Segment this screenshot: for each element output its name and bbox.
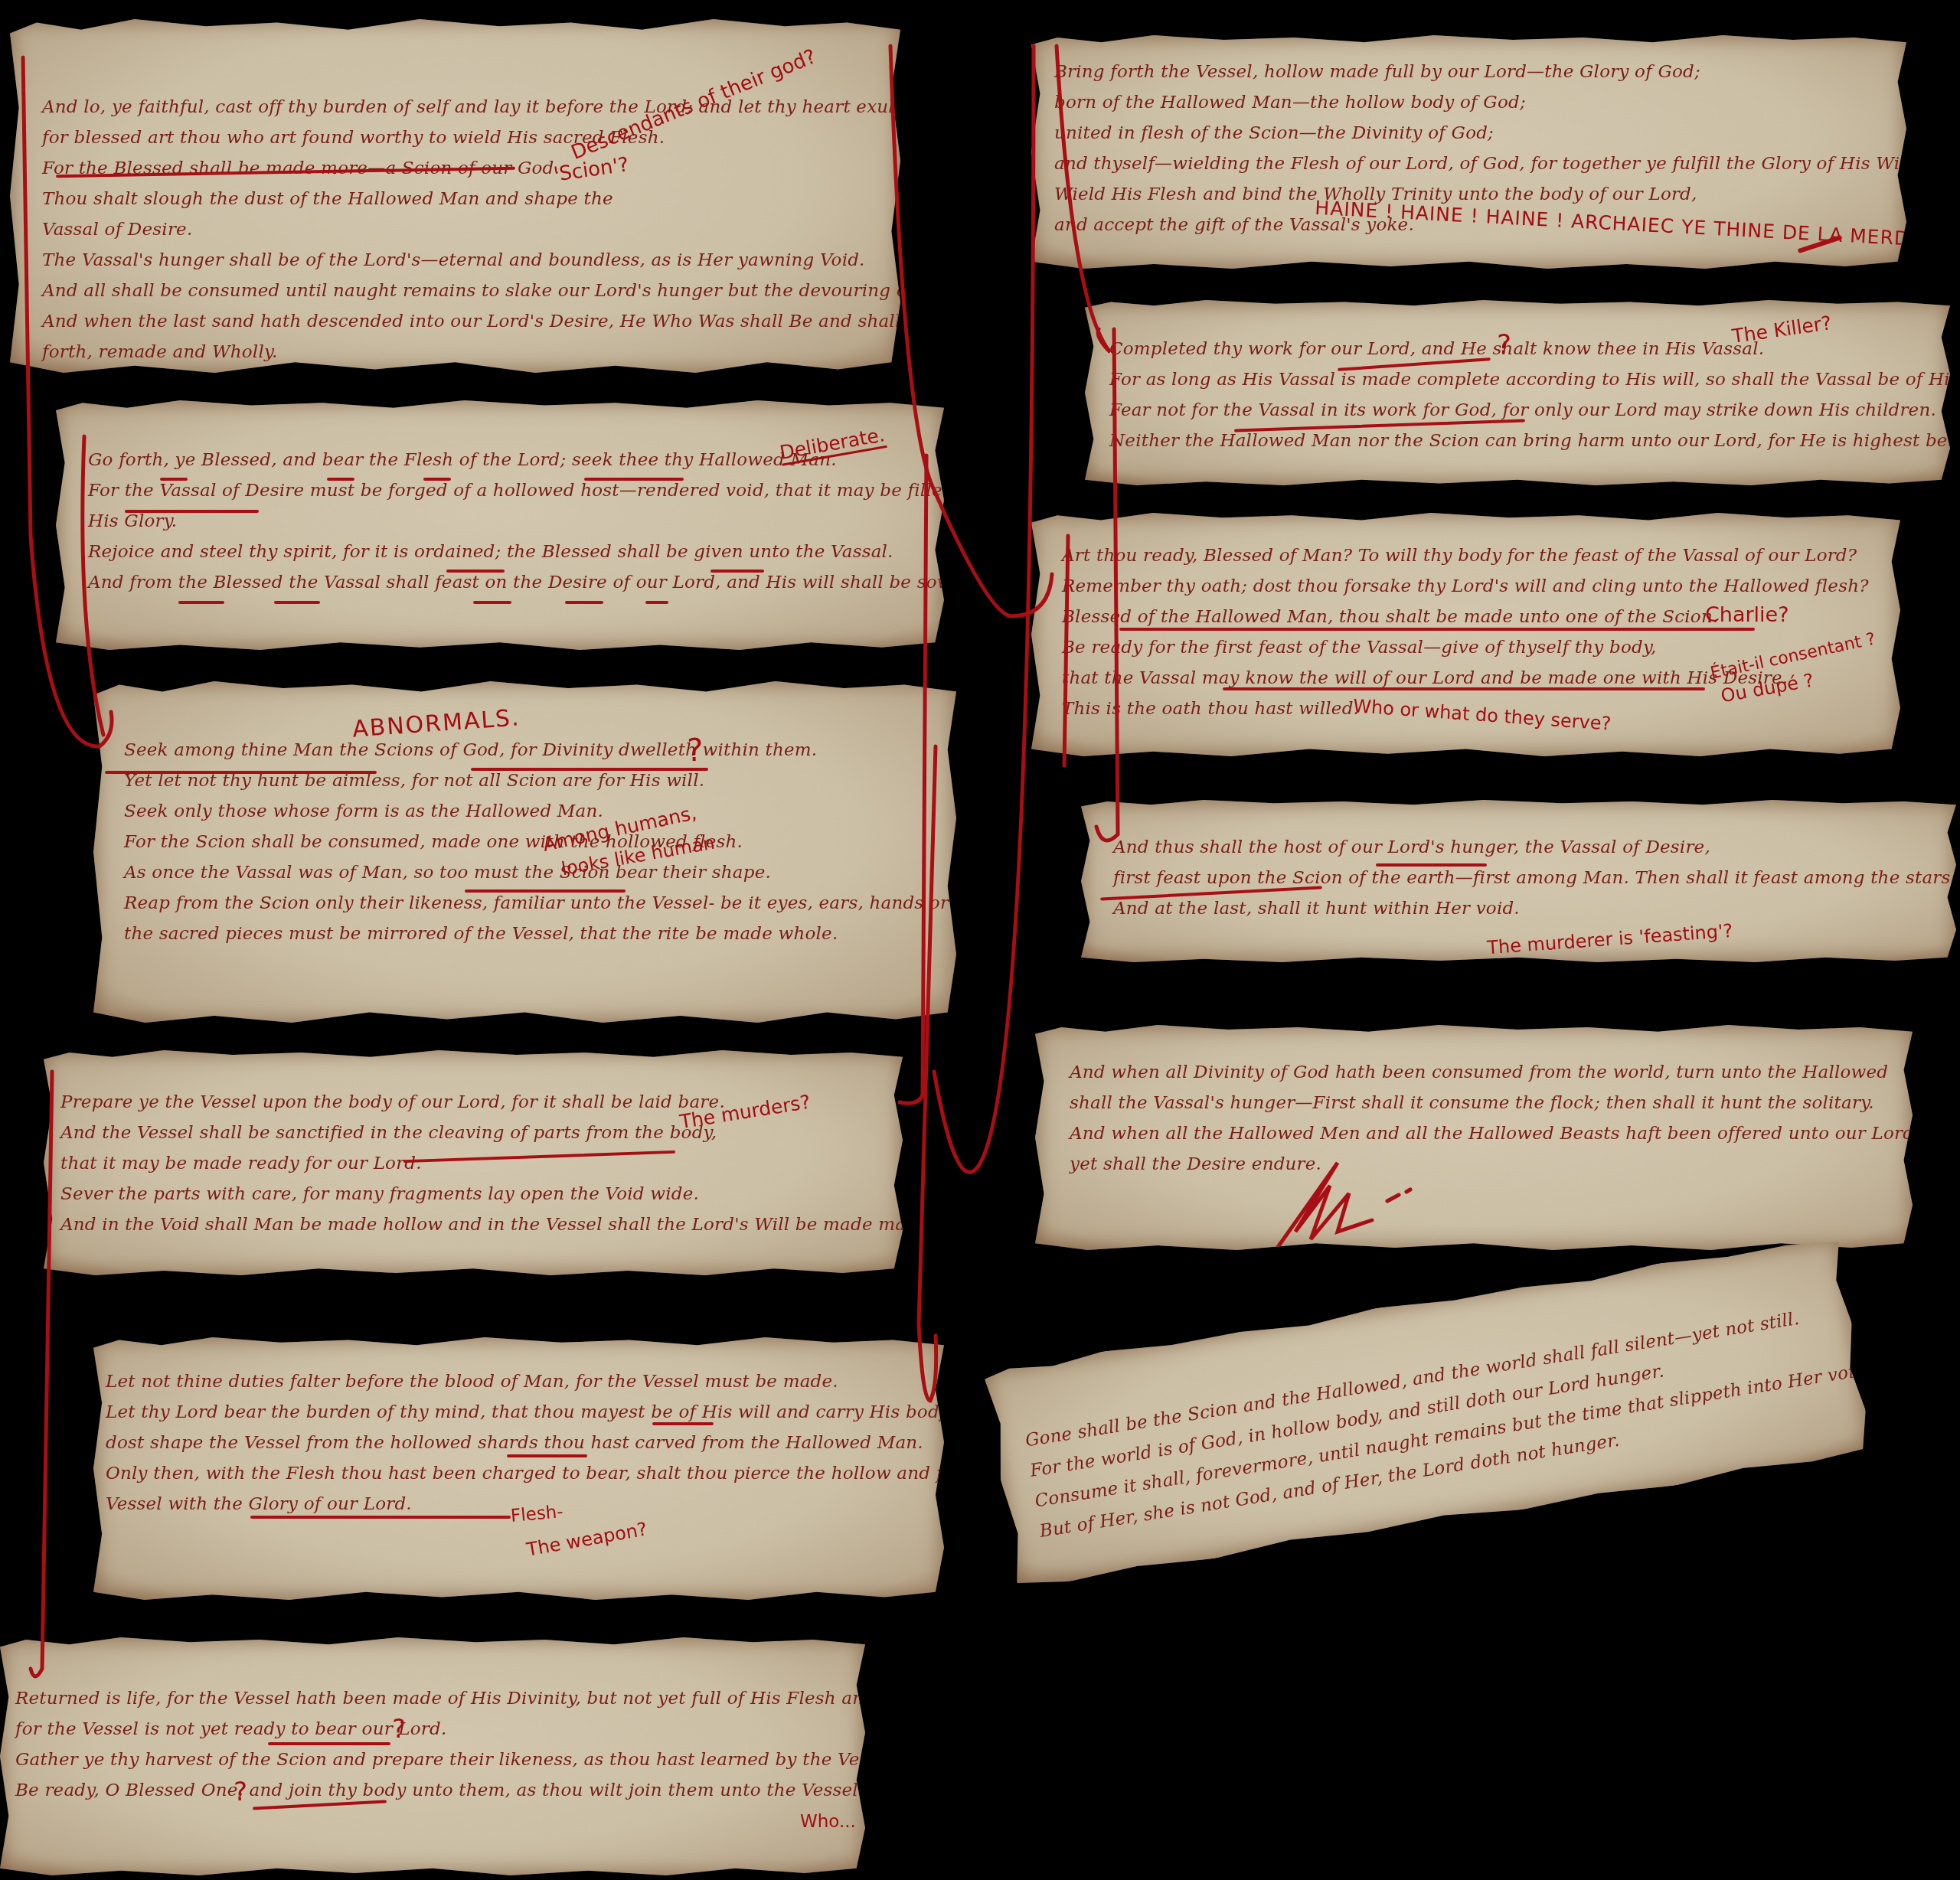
underline-mark [565, 601, 603, 604]
note-line: that it may be made ready for our Lord. [60, 1148, 903, 1179]
note-line: Art thou ready, Blessed of Man? To will … [1062, 540, 1900, 571]
note-paper-1[interactable]: And lo, ye faithful, cast off thy burden… [10, 19, 900, 373]
note-line: The Vassal's hunger shall be of the Lord… [42, 245, 900, 276]
note-line: born of the Hallowed Man—the hollow body… [1054, 87, 1906, 118]
note-line: Gather ye thy harvest of the Scion and p… [15, 1745, 865, 1775]
underline-mark [507, 1454, 587, 1457]
note-line: As once the Vassal was of Man, so too mu… [124, 857, 956, 888]
note-line: And lo, ye faithful, cast off thy burden… [42, 92, 900, 122]
underline-mark [423, 478, 451, 481]
underline-mark [473, 601, 511, 604]
note-line: shall the Vassal's hunger—First shall it… [1070, 1088, 1913, 1118]
note-line: Fear not for the Vassal in its work for … [1109, 395, 1950, 426]
note-line: for blessed art thou who art found worth… [42, 122, 900, 153]
note-text: Seek among thine Man the Scions of God, … [93, 735, 956, 949]
note-line: forth, remade and Wholly. [42, 337, 900, 367]
note-line: Let not thine duties falter before the b… [106, 1366, 944, 1397]
note-line: Remember thy oath; dost thou forsake thy… [1062, 571, 1900, 602]
note-paper-5[interactable]: Let not thine duties falter before the b… [93, 1337, 944, 1600]
underline-mark [584, 478, 684, 481]
note-paper-6[interactable]: Returned is life, for the Vessel hath be… [0, 1637, 865, 1875]
annotation-charlie: Charlie? [1705, 603, 1789, 627]
note-paper-11[interactable]: And when all Divinity of God hath been c… [1035, 1025, 1913, 1250]
note-text: And lo, ye faithful, cast off thy burden… [10, 92, 900, 367]
note-line: Vassal of Desire. [42, 214, 900, 245]
underline-mark [465, 889, 626, 893]
note-line: Be ready, O Blessed One, and join thy bo… [15, 1775, 865, 1806]
scribble-mark [1265, 1147, 1433, 1262]
underline-mark [446, 570, 505, 573]
note-text: Go forth, ye Blessed, and bear the Flesh… [56, 445, 944, 598]
underline-mark [1119, 628, 1755, 631]
underline-mark [178, 601, 224, 604]
underline-mark [125, 510, 259, 513]
note-paper-3[interactable]: Seek among thine Man the Scions of God, … [93, 681, 956, 1023]
annotation-question-mark: ? [234, 1777, 247, 1807]
note-line: For the Vassal of Desire must be forged … [88, 475, 944, 506]
note-paper-7[interactable]: Bring forth the Vessel, hollow made full… [1031, 35, 1906, 269]
note-line: united in flesh of the Scion—the Divinit… [1054, 118, 1906, 149]
note-line: first feast upon the Scion of the earth—… [1113, 863, 1956, 893]
note-line: Seek only those whose form is as the Hal… [124, 796, 956, 827]
note-text: Returned is life, for the Vessel hath be… [0, 1683, 865, 1806]
note-paper-9[interactable]: Art thou ready, Blessed of Man? To will … [1031, 513, 1900, 756]
note-line: And when the last sand hath descended in… [42, 306, 900, 337]
note-paper-12[interactable]: Gone shall be the Scion and the Hallowed… [983, 1235, 1872, 1589]
note-line: Sever the parts with care, for many frag… [60, 1179, 903, 1209]
note-line: And from the Blessed the Vassal shall fe… [88, 567, 944, 598]
note-line: and thyself—wielding the Flesh of our Lo… [1054, 149, 1906, 179]
note-text: Let not thine duties falter before the b… [93, 1366, 944, 1519]
note-line: Completed thy work for our Lord, and He … [1109, 334, 1950, 364]
note-line: dost shape the Vessel from the hollowed … [106, 1428, 944, 1458]
note-line: Only then, with the Flesh thou hast been… [106, 1458, 944, 1489]
note-text: And when all Divinity of God hath been c… [1035, 1057, 1913, 1180]
note-line: And the Vessel shall be sanctified in th… [60, 1118, 903, 1148]
note-line: And when all Divinity of God hath been c… [1070, 1057, 1913, 1088]
note-line: the sacred pieces must be mirrored of th… [124, 919, 956, 949]
note-paper-2[interactable]: Go forth, ye Blessed, and bear the Flesh… [56, 400, 944, 650]
note-line: Returned is life, for the Vessel hath be… [15, 1683, 865, 1714]
note-line: Reap from the Scion only their likeness,… [124, 888, 956, 919]
note-paper-8[interactable]: Completed thy work for our Lord, and He … [1085, 300, 1950, 485]
underline-mark [471, 768, 708, 771]
underline-mark [1376, 863, 1487, 867]
annotation-question-mark: ? [1497, 329, 1511, 361]
underline-mark [250, 1516, 511, 1519]
underline-mark [160, 478, 188, 481]
note-line: And when all the Hallowed Men and all th… [1070, 1118, 1913, 1149]
annotation-who: Who... [800, 1812, 856, 1832]
note-line: Rejoice and steel thy spirit, for it is … [88, 537, 944, 567]
note-paper-10[interactable]: And thus shall the host of our Lord's hu… [1081, 800, 1956, 962]
annotation-question-mark: ? [687, 733, 703, 769]
underline-mark [327, 478, 354, 481]
underline-mark [652, 1422, 714, 1425]
note-line: for the Vessel is not yet ready to bear … [15, 1714, 865, 1745]
underline-mark [105, 771, 377, 774]
underline-mark [1223, 687, 1705, 690]
note-line: For as long as His Vassal is made comple… [1109, 364, 1950, 395]
annotation-murderer-feasting: The murderer is 'feasting'? [1486, 920, 1733, 958]
underline-mark [268, 1742, 390, 1745]
underline-mark [710, 570, 764, 573]
underline-mark [274, 601, 320, 604]
note-line: And at the last, shall it hunt within He… [1113, 893, 1956, 924]
note-line: And thus shall the host of our Lord's hu… [1113, 832, 1956, 863]
note-line: For the Scion shall be consumed, made on… [124, 827, 956, 857]
annotation-question-mark: ? [392, 1714, 406, 1745]
annotation-the-weapon: The weapon? [525, 1518, 649, 1560]
note-line: And in the Void shall Man be made hollow… [60, 1209, 903, 1240]
note-text: Gone shall be the Scion and the Hallowed… [993, 1295, 1867, 1552]
note-text: Completed thy work for our Lord, and He … [1085, 334, 1950, 456]
note-text: And thus shall the host of our Lord's hu… [1081, 832, 1956, 924]
note-line: And all shall be consumed until naught r… [42, 276, 900, 306]
note-line: Bring forth the Vessel, hollow made full… [1054, 57, 1906, 87]
note-line: yet shall the Desire endure. [1070, 1149, 1913, 1180]
note-line: Seek among thine Man the Scions of God, … [124, 735, 956, 765]
note-paper-4[interactable]: Prepare ye the Vessel upon the body of o… [44, 1050, 903, 1275]
underline-mark [645, 601, 668, 604]
annotation-flesh: Flesh- [510, 1502, 564, 1526]
note-line: Thou shalt slough the dust of the Hallow… [42, 184, 900, 214]
note-line: Let thy Lord bear the burden of thy mind… [106, 1397, 944, 1428]
